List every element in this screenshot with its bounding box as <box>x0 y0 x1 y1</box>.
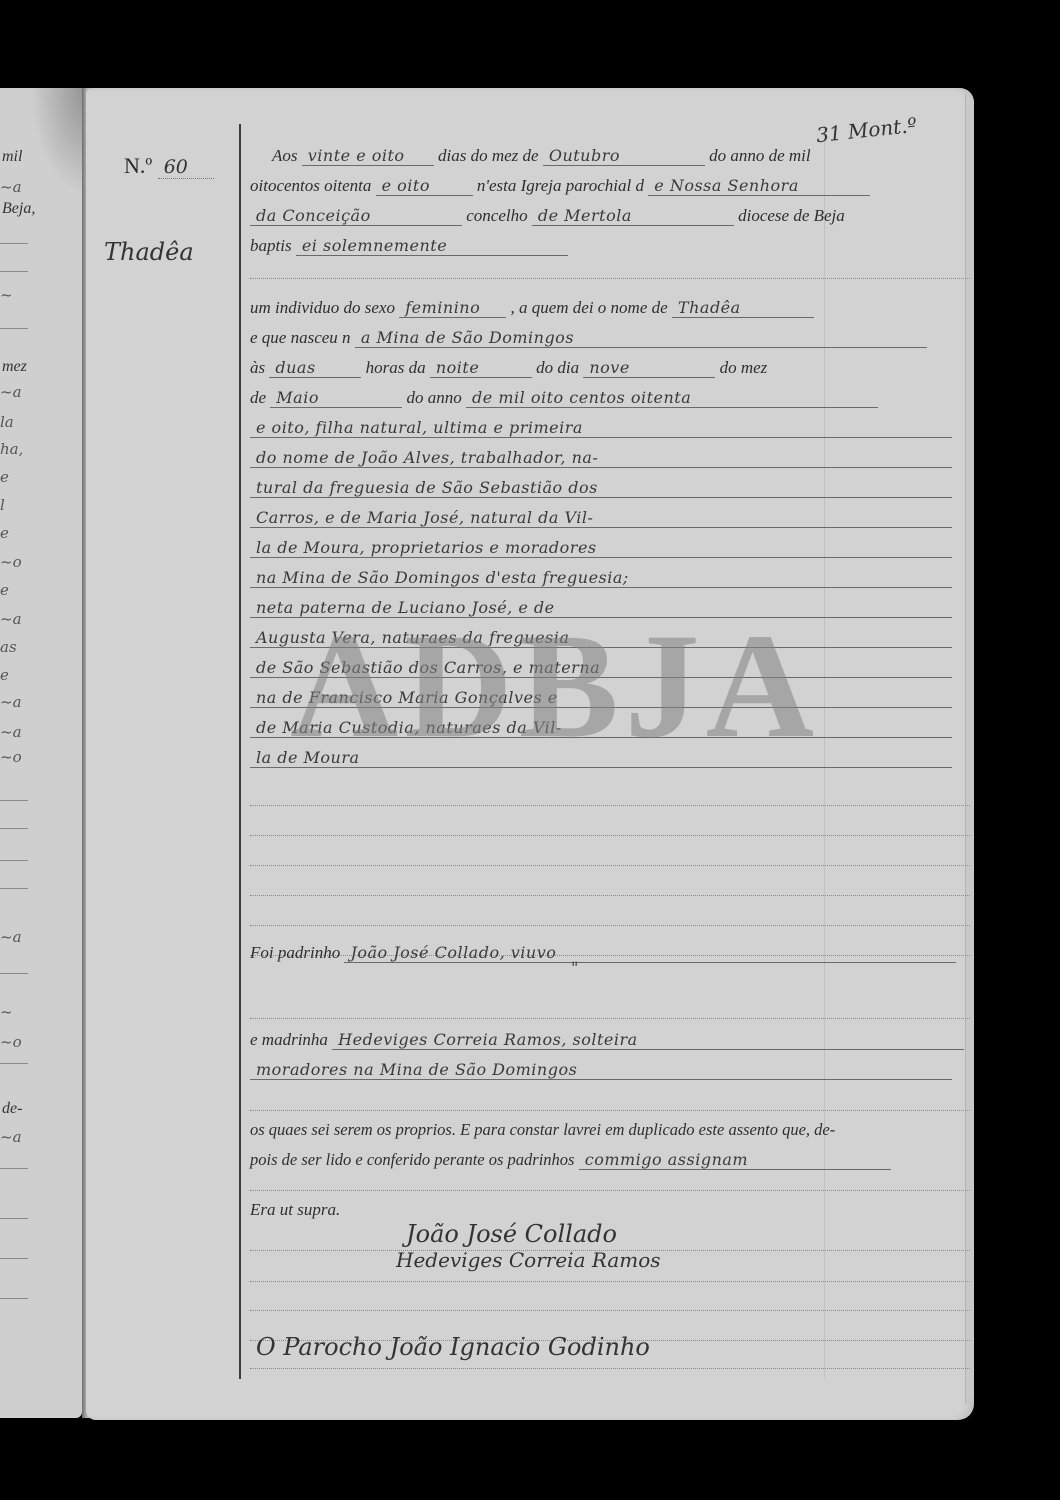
left-scribble: e <box>0 468 9 486</box>
left-fragment: mil <box>2 148 22 166</box>
body-line: Augusta Vera, naturaes da freguesia <box>250 628 970 658</box>
printed-text: do anno <box>407 388 462 407</box>
handwritten-text: na Mina de São Domingos d'esta freguesia… <box>250 568 952 588</box>
handwritten-year: e oito <box>376 176 473 196</box>
left-scribble: ha, <box>0 440 23 458</box>
left-fragment: mez <box>2 358 27 376</box>
left-scribble: la <box>0 413 14 431</box>
handwritten-council: de Mertola <box>532 206 734 226</box>
record-number: N.º 60 <box>124 153 214 179</box>
godmother-label: e madrinha <box>250 1030 328 1049</box>
left-rule <box>0 800 28 801</box>
left-scribble: ~a <box>0 693 22 711</box>
printed-text: do anno de mil <box>709 146 811 165</box>
godfather-label: Foi padrinho <box>250 943 340 962</box>
ruled-line <box>250 1190 970 1191</box>
printed-closing-text: pois de ser lido e conferido perante os … <box>250 1150 574 1169</box>
ruled-line <box>250 1281 970 1282</box>
priest-signature: O Parocho João Ignacio Godinho <box>256 1333 650 1361</box>
left-rule <box>0 860 28 861</box>
left-scribble: ~a <box>0 723 22 741</box>
body-line: na Mina de São Domingos d'esta freguesia… <box>250 568 970 598</box>
ruled-line <box>250 278 970 279</box>
left-fragment: de- <box>2 1100 22 1118</box>
closing-line-1: os quaes sei serem os proprios. E para c… <box>250 1120 970 1150</box>
left-scribble: e <box>0 581 9 599</box>
printed-text: de <box>250 388 266 407</box>
corner-annotation: 31 Mont.º <box>815 113 918 147</box>
left-scribble: ~a <box>0 383 22 401</box>
godmother-name: Hedeviges Correia Ramos, solteira <box>332 1030 964 1050</box>
handwritten-month: Outubro <box>543 146 705 166</box>
godfather-name: João José Collado, viuvo <box>344 943 956 963</box>
left-scribble: ~o <box>0 748 22 766</box>
ditto-mark: " <box>571 958 578 977</box>
godfather-signature: João José Collado <box>406 1220 617 1248</box>
printed-text: um individuo do sexo <box>250 298 395 317</box>
printed-text: , a quem dei o nome de <box>510 298 667 317</box>
left-scribble: l <box>0 496 5 514</box>
register-page: N.º 60 Thadêa 31 Mont.º Aos vinte e oito… <box>86 88 974 1420</box>
ruled-line <box>250 1110 970 1111</box>
handwritten-given-name: Thadêa <box>672 298 814 318</box>
body-line: tural da freguesia de São Sebastião dos <box>250 478 970 508</box>
entry-line-3: da Conceição concelho de Mertola diocese… <box>250 206 970 236</box>
handwritten-text: la de Moura <box>250 748 952 768</box>
left-rule <box>0 973 28 974</box>
printed-closing-text: os quaes sei serem os proprios. E para c… <box>250 1120 835 1139</box>
handwritten-birth-day: nove <box>583 358 715 378</box>
left-rule <box>0 888 28 889</box>
godmother-line-2: moradores na Mina de São Domingos <box>250 1060 970 1090</box>
left-scribble: e <box>0 666 9 684</box>
handwritten-text: de São Sebastião dos Carros, e materna <box>250 658 952 678</box>
body-line: de São Sebastião dos Carros, e materna <box>250 658 970 688</box>
left-rule <box>0 271 28 272</box>
handwritten-birth-year: de mil oito centos oitenta <box>466 388 878 408</box>
left-scribble: ~ <box>0 1003 13 1021</box>
entry-line-4: baptis ei solemnemente <box>250 236 970 266</box>
body-line: la de Moura, proprietarios e moradores <box>250 538 970 568</box>
left-rule <box>0 1063 28 1064</box>
handwritten-birthplace: a Mina de São Domingos <box>355 328 927 348</box>
ruled-line <box>250 895 970 896</box>
left-scribble: ~a <box>0 610 22 628</box>
handwritten-text: la de Moura, proprietarios e moradores <box>250 538 952 558</box>
handwritten-birth-month: Maio <box>270 388 402 408</box>
handwritten-text: neta paterna de Luciano José, e de <box>250 598 952 618</box>
handwritten-text: do nome de João Alves, trabalhador, na- <box>250 448 952 468</box>
ruled-line <box>250 1368 970 1369</box>
left-rule <box>0 243 28 244</box>
godmother-line: e madrinha Hedeviges Correia Ramos, solt… <box>250 1030 970 1060</box>
body-line: la de Moura <box>250 748 970 778</box>
godmother-signature: Hedeviges Correia Ramos <box>396 1248 661 1272</box>
left-rule <box>0 828 28 829</box>
printed-text: baptis <box>250 236 292 255</box>
handwritten-day: vinte e oito <box>302 146 434 166</box>
left-scribble: e <box>0 524 9 542</box>
left-rule <box>0 328 28 329</box>
body-line: na de Francisco Maria Gonçalves e <box>250 688 970 718</box>
godfather-line: Foi padrinho João José Collado, viuvo <box>250 943 970 973</box>
body-line: Carros, e de Maria José, natural da Vil- <box>250 508 970 538</box>
number-label: N.º <box>124 153 152 178</box>
entry-line-6: e que nasceu n a Mina de São Domingos <box>250 328 970 358</box>
handwritten-sex: feminino <box>399 298 506 318</box>
era-ut-supra: Era ut supra. <box>250 1200 340 1219</box>
printed-text: Aos <box>272 146 298 165</box>
left-scribble: ~ <box>0 286 13 304</box>
left-scribble: ~a <box>0 928 22 946</box>
left-fragment: Beja, <box>2 200 35 218</box>
entry-line-5: um individuo do sexo feminino , a quem d… <box>250 298 970 328</box>
body-line: e oito, filha natural, ultima e primeira <box>250 418 970 448</box>
left-scribble: ~a <box>0 1128 22 1146</box>
body-line: neta paterna de Luciano José, e de <box>250 598 970 628</box>
ruled-line <box>250 1018 970 1019</box>
printed-text: horas da <box>366 358 426 377</box>
printed-text: n'esta Igreja parochial d <box>477 176 644 195</box>
handwritten-church: e Nossa Senhora <box>648 176 870 196</box>
entry-line-7: às duas horas da noite do dia nove do me… <box>250 358 970 388</box>
entry-line-8: de Maio do anno de mil oito centos oiten… <box>250 388 970 418</box>
godmother-residence: moradores na Mina de São Domingos <box>250 1060 952 1080</box>
ruled-line <box>250 805 970 806</box>
handwritten-text: na de Francisco Maria Gonçalves e <box>250 688 952 708</box>
left-scribble: as <box>0 638 17 656</box>
ruled-line <box>250 835 970 836</box>
handwritten-time-of-day: noite <box>430 358 532 378</box>
handwritten-hour: duas <box>269 358 361 378</box>
left-scribble: ~o <box>0 553 22 571</box>
left-rule <box>0 1218 28 1219</box>
ruled-line <box>250 1310 970 1311</box>
handwritten-text: e oito, filha natural, ultima e primeira <box>250 418 952 438</box>
printed-text: diocese de Beja <box>738 206 845 225</box>
printed-text: às <box>250 358 265 377</box>
printed-text: concelho <box>466 206 527 225</box>
printed-text: oitocentos oitenta <box>250 176 371 195</box>
handwritten-baptism: ei solemnemente <box>296 236 568 256</box>
handwritten-text: tural da freguesia de São Sebastião dos <box>250 478 952 498</box>
ruled-line <box>250 925 970 926</box>
printed-text: e que nasceu n <box>250 328 351 347</box>
printed-text: do dia <box>536 358 579 377</box>
printed-text: do mez <box>720 358 768 377</box>
body-line: de Maria Custodia, naturaes da Vil- <box>250 718 970 748</box>
entry-line-2: oitocentos oitenta e oito n'esta Igreja … <box>250 176 970 206</box>
ruled-line <box>250 865 970 866</box>
left-scribble: ~a <box>0 178 22 196</box>
margin-rule <box>239 124 241 1379</box>
handwritten-closing: commigo assignam <box>579 1150 891 1170</box>
handwritten-text: Carros, e de Maria José, natural da Vil- <box>250 508 952 528</box>
facing-page-left: mil ~a Beja, ~ mez ~a la ha, e l e ~o e … <box>0 88 82 1418</box>
left-rule <box>0 1258 28 1259</box>
left-rule <box>0 1298 28 1299</box>
number-value: 60 <box>158 156 214 179</box>
handwritten-church-cont: da Conceição <box>250 206 462 226</box>
left-scribble: ~o <box>0 1033 22 1051</box>
left-rule <box>0 1168 28 1169</box>
entry-line-1: Aos vinte e oito dias do mez de Outubro … <box>250 146 970 176</box>
body-line: do nome de João Alves, trabalhador, na- <box>250 448 970 478</box>
handwritten-text: Augusta Vera, naturaes da freguesia <box>250 628 952 648</box>
margin-name: Thadêa <box>104 238 194 266</box>
closing-line-2: pois de ser lido e conferido perante os … <box>250 1150 970 1180</box>
handwritten-text: de Maria Custodia, naturaes da Vil- <box>250 718 952 738</box>
printed-text: dias do mez de <box>438 146 539 165</box>
